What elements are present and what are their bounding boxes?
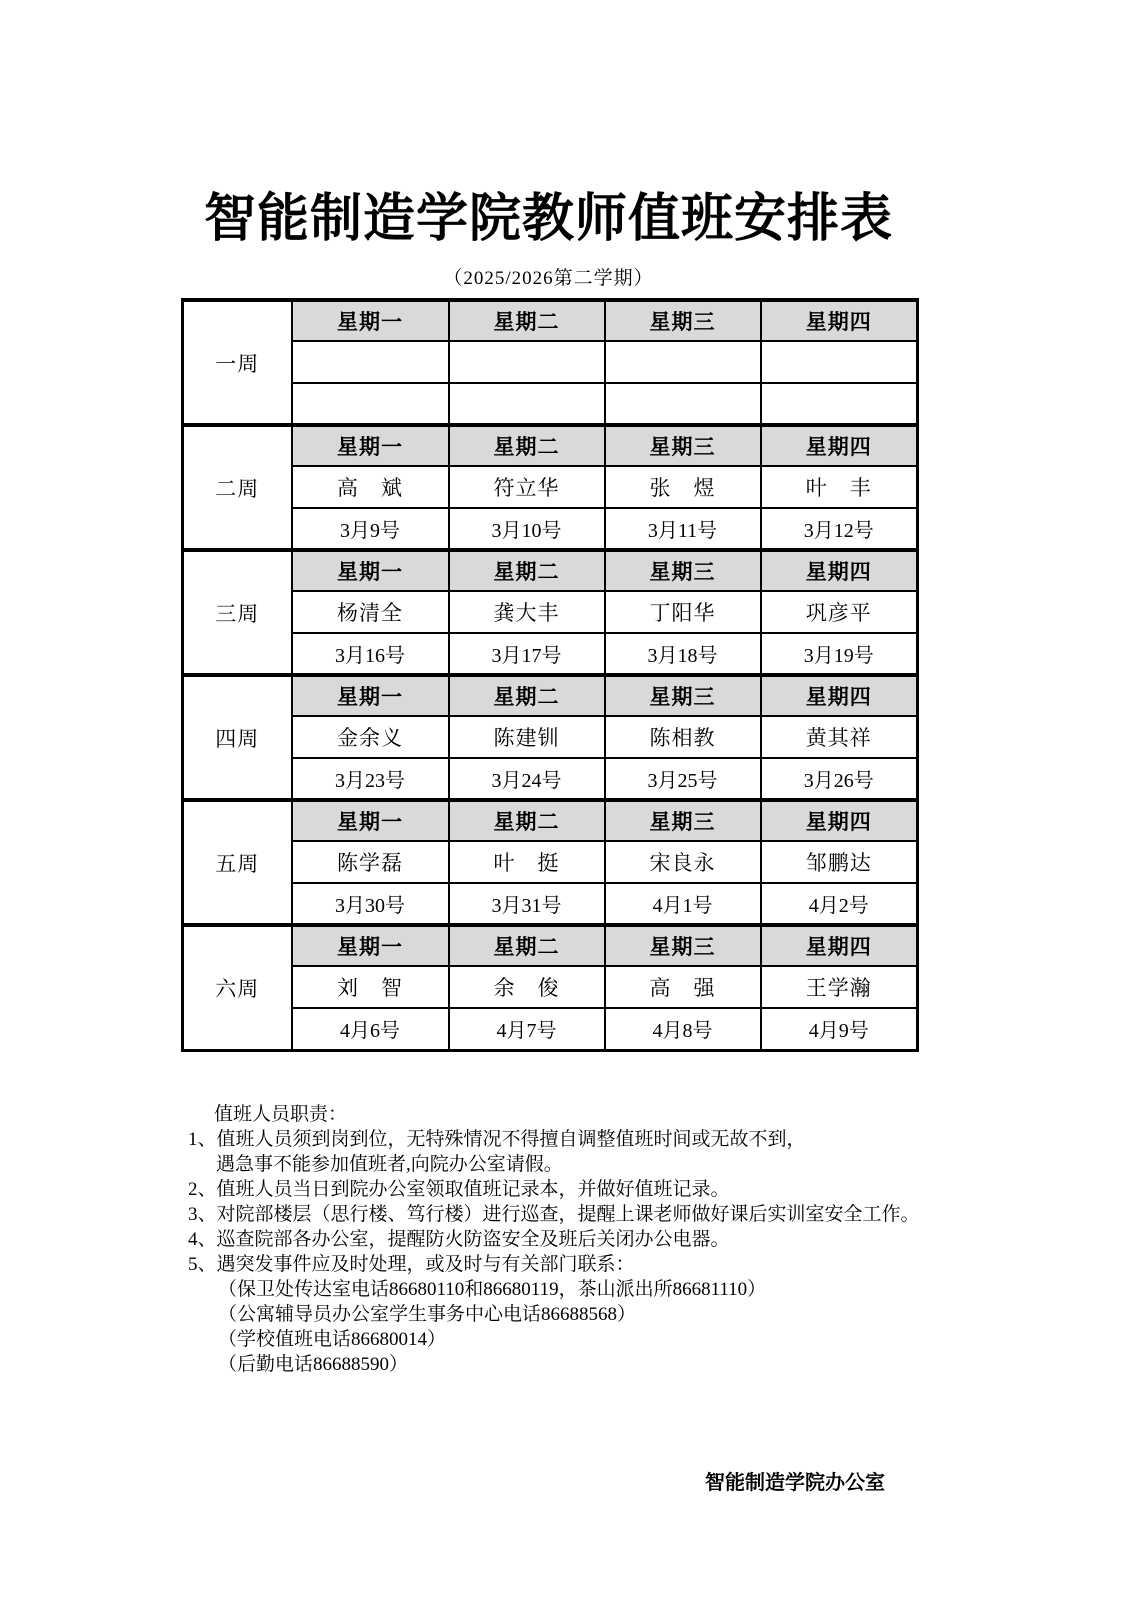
date-row: 3月30号 3月31号 4月1号 4月2号 <box>183 883 918 925</box>
duty-name-cell: 金余义 <box>292 716 449 758</box>
duty-name-cell: 龚大丰 <box>449 591 605 633</box>
week-label-cell: 五周 <box>183 800 292 925</box>
notes-section: 值班人员职责： 1、值班人员须到岗到位，无特殊情况不得擅自调整值班时间或无故不到… <box>188 1102 958 1377</box>
week-block-4: 四周 星期一 星期二 星期三 星期四 金余义 陈建钏 陈相教 黄其祥 3月23号… <box>183 675 918 800</box>
duty-date-cell: 3月25号 <box>605 758 761 800</box>
day-header-cell: 星期二 <box>449 925 605 966</box>
day-header-cell: 星期三 <box>605 925 761 966</box>
duty-name-cell: 高 强 <box>605 966 761 1008</box>
day-header-cell: 星期二 <box>449 425 605 466</box>
day-header-row: 一周 星期一 星期二 星期三 星期四 <box>183 300 918 341</box>
day-header-row: 三周 星期一 星期二 星期三 星期四 <box>183 550 918 591</box>
note-line: （公寓辅导员办公室学生事务中心电话86688568） <box>188 1302 958 1327</box>
duty-date-cell: 3月16号 <box>292 633 449 675</box>
week-label-cell: 六周 <box>183 925 292 1050</box>
duty-date-cell: 4月2号 <box>761 883 918 925</box>
note-line: 4、巡查院部各办公室，提醒防火防盗安全及班后关闭办公电器。 <box>188 1227 958 1252</box>
duty-schedule-table: 一周 星期一 星期二 星期三 星期四 二周 星期一 <box>181 298 919 1052</box>
duty-date-cell: 3月10号 <box>449 508 605 550</box>
day-header-cell: 星期四 <box>761 925 918 966</box>
day-header-row: 五周 星期一 星期二 星期三 星期四 <box>183 800 918 841</box>
week-block-6: 六周 星期一 星期二 星期三 星期四 刘 智 余 俊 高 强 王学瀚 4月6号 … <box>183 925 918 1050</box>
day-header-cell: 星期三 <box>605 425 761 466</box>
duty-date-cell: 3月9号 <box>292 508 449 550</box>
duty-name-cell: 王学瀚 <box>761 966 918 1008</box>
day-header-cell: 星期二 <box>449 800 605 841</box>
duty-date-cell: 4月7号 <box>449 1008 605 1050</box>
week-label-cell: 二周 <box>183 425 292 550</box>
name-row: 杨清全 龚大丰 丁阳华 巩彦平 <box>183 591 918 633</box>
duty-date-cell <box>449 383 605 425</box>
duty-date-cell: 4月9号 <box>761 1008 918 1050</box>
week-label-cell: 一周 <box>183 300 292 425</box>
name-row: 金余义 陈建钏 陈相教 黄其祥 <box>183 716 918 758</box>
duty-name-cell: 余 俊 <box>449 966 605 1008</box>
week-block-1: 一周 星期一 星期二 星期三 星期四 <box>183 300 918 425</box>
duty-name-cell: 宋良永 <box>605 841 761 883</box>
day-header-cell: 星期一 <box>292 550 449 591</box>
duty-date-cell: 3月31号 <box>449 883 605 925</box>
duty-date-cell: 3月11号 <box>605 508 761 550</box>
name-row: 刘 智 余 俊 高 强 王学瀚 <box>183 966 918 1008</box>
duty-name-cell: 丁阳华 <box>605 591 761 633</box>
day-header-cell: 星期二 <box>449 550 605 591</box>
duty-date-cell: 3月26号 <box>761 758 918 800</box>
duty-name-cell: 张 煜 <box>605 466 761 508</box>
name-row <box>183 341 918 383</box>
duty-date-cell: 3月18号 <box>605 633 761 675</box>
day-header-cell: 星期三 <box>605 800 761 841</box>
duty-name-cell: 杨清全 <box>292 591 449 633</box>
duty-name-cell <box>449 341 605 383</box>
duty-name-cell <box>761 341 918 383</box>
day-header-cell: 星期四 <box>761 425 918 466</box>
document-page: 智能制造学院教师值班安排表 （2025/2026第二学期） 一周 星期一 星期二… <box>0 0 1139 1612</box>
duty-name-cell: 陈建钏 <box>449 716 605 758</box>
duty-name-cell: 高 斌 <box>292 466 449 508</box>
duty-date-cell: 4月8号 <box>605 1008 761 1050</box>
week-label-cell: 三周 <box>183 550 292 675</box>
day-header-cell: 星期一 <box>292 300 449 341</box>
day-header-cell: 星期四 <box>761 550 918 591</box>
day-header-cell: 星期一 <box>292 675 449 716</box>
day-header-row: 六周 星期一 星期二 星期三 星期四 <box>183 925 918 966</box>
signature: 智能制造学院办公室 <box>705 1466 885 1495</box>
day-header-cell: 星期三 <box>605 550 761 591</box>
notes-heading: 值班人员职责： <box>188 1102 958 1127</box>
duty-name-cell: 邹鹏达 <box>761 841 918 883</box>
note-line: 3、对院部楼层（思行楼、笃行楼）进行巡查，提醒上课老师做好课后实训室安全工作。 <box>188 1202 958 1227</box>
duty-name-cell: 陈学磊 <box>292 841 449 883</box>
duty-name-cell: 刘 智 <box>292 966 449 1008</box>
date-row <box>183 383 918 425</box>
week-label-cell: 四周 <box>183 675 292 800</box>
duty-date-cell: 3月19号 <box>761 633 918 675</box>
duty-date-cell: 4月1号 <box>605 883 761 925</box>
duty-date-cell <box>761 383 918 425</box>
date-row: 3月23号 3月24号 3月25号 3月26号 <box>183 758 918 800</box>
date-row: 4月6号 4月7号 4月8号 4月9号 <box>183 1008 918 1050</box>
name-row: 高 斌 符立华 张 煜 叶 丰 <box>183 466 918 508</box>
note-line: （保卫处传达室电话86680110和86680119，茶山派出所86681110… <box>188 1277 958 1302</box>
duty-date-cell: 3月24号 <box>449 758 605 800</box>
duty-date-cell: 3月23号 <box>292 758 449 800</box>
duty-date-cell: 3月17号 <box>449 633 605 675</box>
week-block-5: 五周 星期一 星期二 星期三 星期四 陈学磊 叶 挺 宋良永 邹鹏达 3月30号… <box>183 800 918 925</box>
duty-name-cell: 巩彦平 <box>761 591 918 633</box>
date-row: 3月9号 3月10号 3月11号 3月12号 <box>183 508 918 550</box>
duty-date-cell: 4月6号 <box>292 1008 449 1050</box>
note-line: （学校值班电话86680014） <box>188 1327 958 1352</box>
duty-name-cell: 叶 丰 <box>761 466 918 508</box>
week-block-2: 二周 星期一 星期二 星期三 星期四 高 斌 符立华 张 煜 叶 丰 3月9号 … <box>183 425 918 550</box>
week-block-3: 三周 星期一 星期二 星期三 星期四 杨清全 龚大丰 丁阳华 巩彦平 3月16号… <box>183 550 918 675</box>
duty-name-cell: 符立华 <box>449 466 605 508</box>
day-header-row: 二周 星期一 星期二 星期三 星期四 <box>183 425 918 466</box>
day-header-cell: 星期二 <box>449 300 605 341</box>
duty-date-cell <box>605 383 761 425</box>
name-row: 陈学磊 叶 挺 宋良永 邹鹏达 <box>183 841 918 883</box>
day-header-row: 四周 星期一 星期二 星期三 星期四 <box>183 675 918 716</box>
note-line: （后勤电话86688590） <box>188 1352 958 1377</box>
day-header-cell: 星期一 <box>292 800 449 841</box>
day-header-cell: 星期一 <box>292 425 449 466</box>
day-header-cell: 星期三 <box>605 300 761 341</box>
day-header-cell: 星期四 <box>761 300 918 341</box>
day-header-cell: 星期一 <box>292 925 449 966</box>
day-header-cell: 星期四 <box>761 800 918 841</box>
duty-name-cell: 叶 挺 <box>449 841 605 883</box>
duty-date-cell: 3月30号 <box>292 883 449 925</box>
duty-name-cell: 陈相教 <box>605 716 761 758</box>
note-line: 2、值班人员当日到院办公室领取值班记录本，并做好值班记录。 <box>188 1177 958 1202</box>
page-subtitle: （2025/2026第二学期） <box>181 263 916 290</box>
day-header-cell: 星期三 <box>605 675 761 716</box>
day-header-cell: 星期四 <box>761 675 918 716</box>
date-row: 3月16号 3月17号 3月18号 3月19号 <box>183 633 918 675</box>
duty-name-cell <box>292 341 449 383</box>
duty-name-cell: 黄其祥 <box>761 716 918 758</box>
duty-name-cell <box>605 341 761 383</box>
note-line: 1、值班人员须到岗到位，无特殊情况不得擅自调整值班时间或无故不到， <box>188 1127 958 1152</box>
note-line: 遇急事不能参加值班者,向院办公室请假。 <box>188 1152 958 1177</box>
day-header-cell: 星期二 <box>449 675 605 716</box>
duty-date-cell <box>292 383 449 425</box>
page-title: 智能制造学院教师值班安排表 <box>181 176 916 251</box>
note-line: 5、遇突发事件应及时处理，或及时与有关部门联系： <box>188 1252 958 1277</box>
duty-date-cell: 3月12号 <box>761 508 918 550</box>
